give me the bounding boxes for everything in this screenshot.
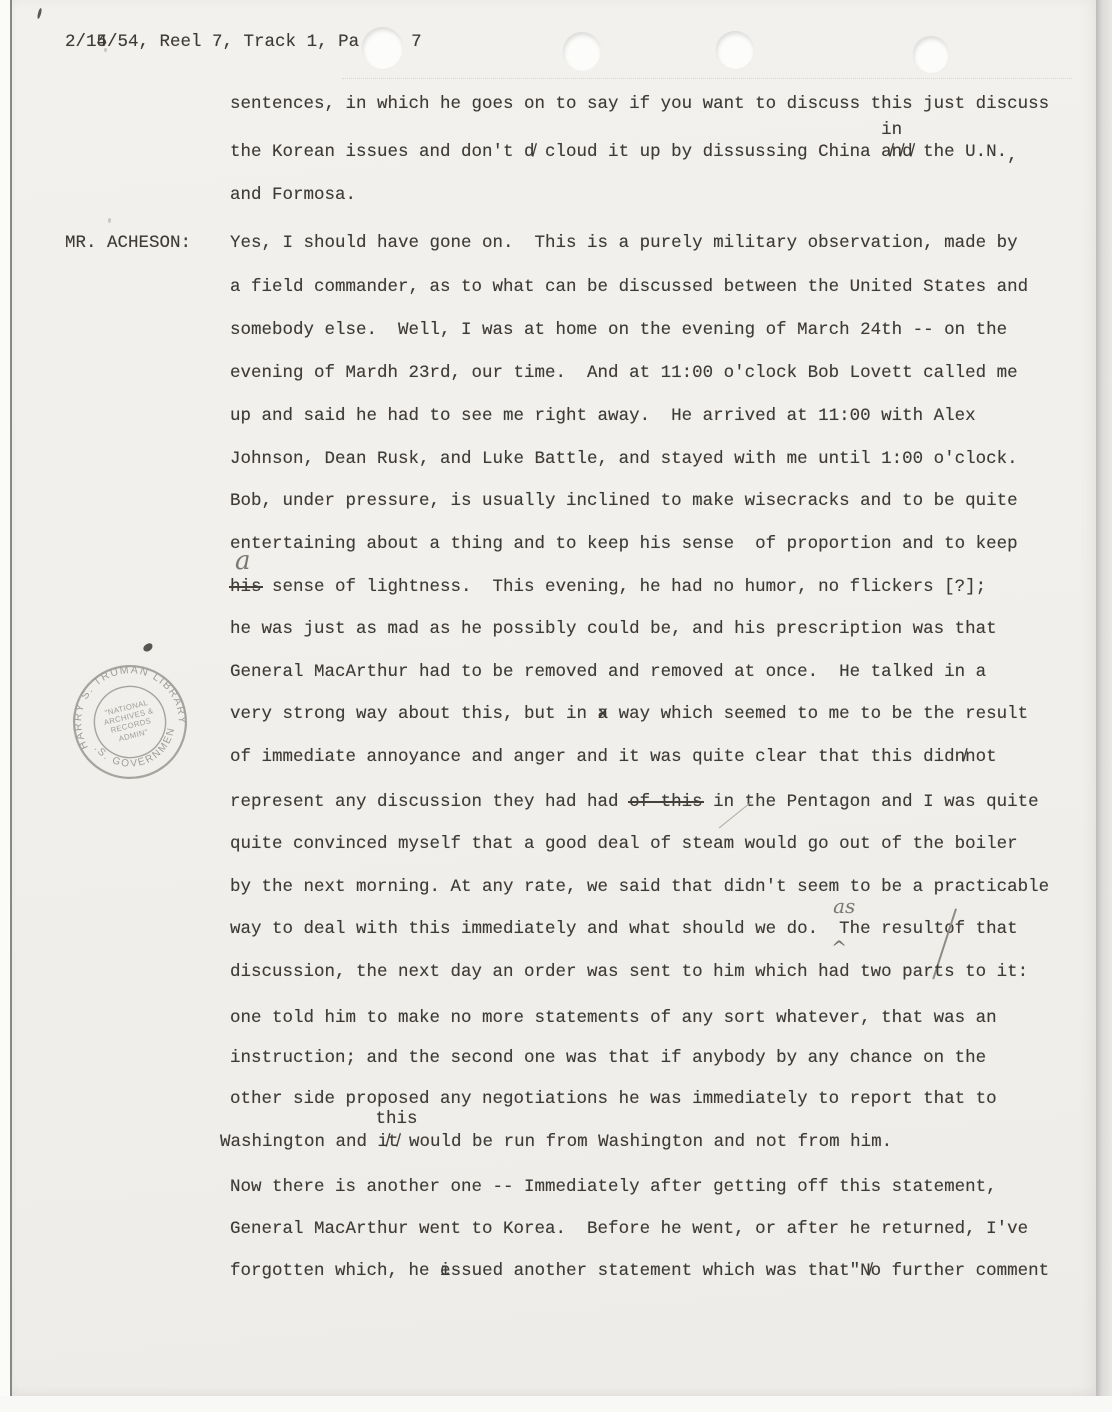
punch-hole <box>362 27 403 69</box>
transcript-line: up and said he had to see me right away.… <box>230 405 976 427</box>
typed-insert-in: in <box>881 119 902 141</box>
transcript-line: Yes, I should have gone on. This is a pu… <box>230 232 1018 254</box>
header-page-number: 7 <box>411 32 422 52</box>
transcript-line: instruction; and the second one was that… <box>230 1047 986 1069</box>
ink-speck <box>142 642 154 653</box>
struck-letter-phrase: N̸o further comment <box>860 1261 1049 1281</box>
struck-word-it: i̸t̸this <box>378 1132 399 1152</box>
transcript-line: evening of Mardh 23rd, our time. And at … <box>230 362 1018 384</box>
transcript-line: Washington and i̸t̸this would be run fro… <box>220 1131 892 1153</box>
transcript-line: Bob, under pressure, is usually inclined… <box>230 490 1018 512</box>
paper-crease-line <box>342 78 1072 79</box>
struck-words-of-this: of this <box>629 792 703 812</box>
transcript-line: Johnson, Dean Rusk, and Luke Battle, and… <box>230 448 1018 470</box>
transcript-line: General MacArthur had to be removed and … <box>230 661 986 683</box>
transcript-line: the Korean issues and don't d̸ cloud it … <box>230 141 1018 163</box>
transcript-line: discussion, the next day an order was se… <box>230 961 1028 983</box>
handwritten-caret: ^ <box>831 937 847 959</box>
transcript-line: General MacArthur went to Korea. Before … <box>230 1218 1028 1240</box>
header-reel-track: /54, Reel 7, Track 1, Pa <box>107 32 359 52</box>
transcript-line: entertaining about a thing and to keep h… <box>230 533 1018 555</box>
transcript-line: and Formosa. <box>230 184 356 206</box>
transcript-line: sentences, in which he goes on to say if… <box>230 93 1049 115</box>
transcript-line: forgotten which, he iessued another stat… <box>230 1260 1049 1282</box>
transcript-line: somebody else. Well, I was at home on th… <box>230 319 1007 341</box>
overtyped-letter: ax <box>598 703 609 725</box>
header-overtyped-digit: 45 <box>97 31 108 53</box>
transcript-line: one told him to make no more statements … <box>230 1007 997 1029</box>
scan-speck <box>37 8 43 19</box>
header-date-part: 2/1 <box>65 32 97 52</box>
punch-hole <box>563 32 601 71</box>
transcript-line: represent any discussion they had had of… <box>230 791 1039 813</box>
transcript-line: way to deal with this immediately and wh… <box>230 918 1018 940</box>
transcript-line: very strong way about this, but in ax wa… <box>230 703 1028 725</box>
struck-word-and: a̸n̸d̸in <box>881 142 913 162</box>
archives-stamp: HARRY S. TRUMAN LIBRARY U.S. GOVERNMENT … <box>56 648 204 796</box>
overtyped-letter: ie <box>440 1260 451 1282</box>
handwritten-as: as <box>833 895 855 917</box>
transcript-line: by the next morning. At any rate, we sai… <box>230 876 1049 898</box>
scanner-background <box>0 1396 1112 1412</box>
transcript-line: quite convinced myself that a good deal … <box>230 833 1018 855</box>
document-scan: 2/145/54, Reel 7, Track 1, Pa7 sentences… <box>0 0 1112 1412</box>
struck-word-his: hisa <box>230 577 262 597</box>
scan-speck <box>108 218 111 223</box>
transcript-line: a field commander, as to what can be dis… <box>230 276 1028 298</box>
transcript-line: other side proposed any negotiations he … <box>230 1088 997 1110</box>
transcript-line: of immediate annoyance and anger and it … <box>230 746 997 768</box>
transcript-line: Now there is another one -- Immediately … <box>230 1176 997 1198</box>
typed-insert-this: this <box>376 1108 418 1130</box>
transcript-line: hisa sense of lightness. This evening, h… <box>230 576 986 598</box>
handwritten-a: a <box>235 550 251 572</box>
transcript-line: he was just as mad as he possibly could … <box>230 618 997 640</box>
speaker-label: MR. ACHESON: <box>65 232 191 254</box>
hand-comma: , <box>1007 146 1018 166</box>
annotated-phrase: The resultof thatas^ <box>839 919 1018 939</box>
punch-hole <box>913 36 949 73</box>
paper-sheet: 2/145/54, Reel 7, Track 1, Pa7 sentences… <box>10 0 1099 1396</box>
scanner-background <box>1096 0 1112 1412</box>
punch-hole <box>716 31 754 69</box>
